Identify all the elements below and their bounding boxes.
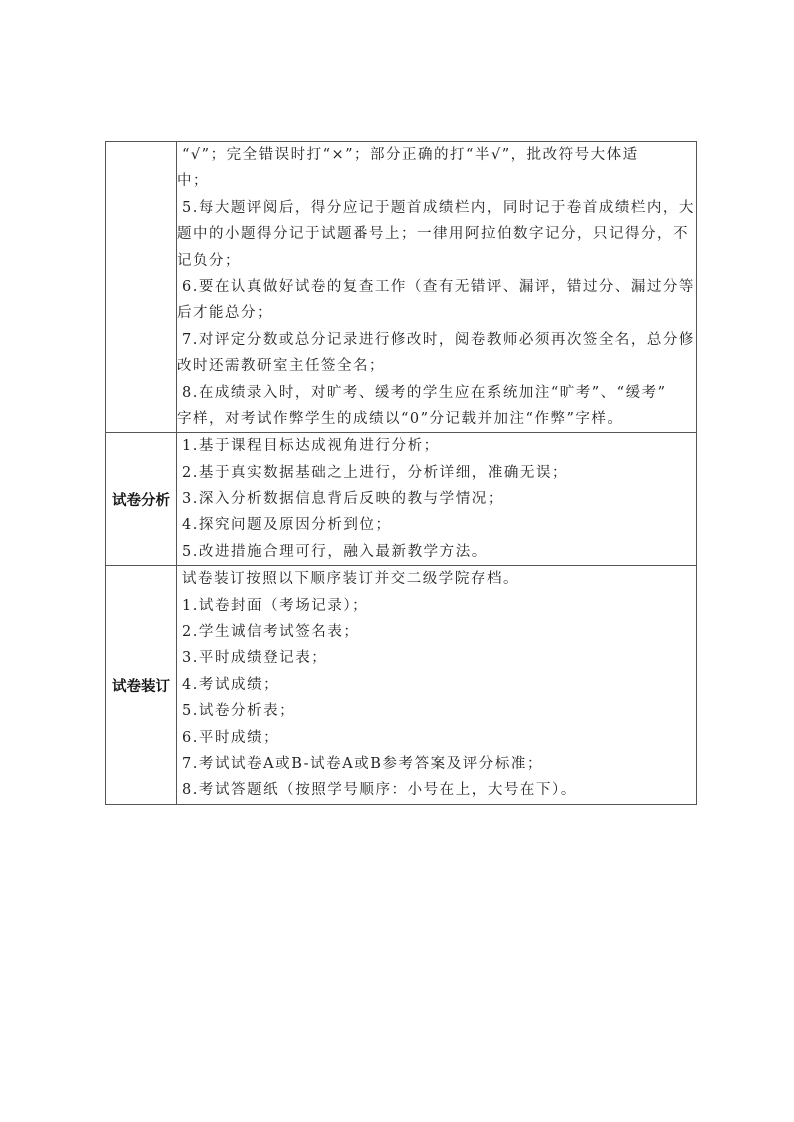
row-content: 1.基于课程目标达成视角进行分析； 2.基于真实数据基础之上进行，分析详细，准确…: [177, 433, 697, 566]
content-line: 8.在成绩录入时，对旷考、缓考的学生应在系统加注“旷考”、“缓考”: [177, 380, 696, 406]
content-line: 3.深入分析数据信息背后反映的教与学情况；: [177, 486, 696, 512]
row-content: “√”；完全错误时打“×”；部分正确的打“半√”，批改符号大体适 中； 5.每大…: [177, 142, 697, 433]
table-row-paper-binding: 试卷装订 试卷装订按照以下顺序装订并交二级学院存档。 1.试卷封面（考场记录）；…: [106, 566, 697, 805]
content-line: “√”；完全错误时打“×”；部分正确的打“半√”，批改符号大体适: [177, 142, 696, 168]
content-line: 2.学生诚信考试签名表；: [177, 619, 696, 645]
exam-rules-table: “√”；完全错误时打“×”；部分正确的打“半√”，批改符号大体适 中； 5.每大…: [105, 141, 697, 805]
content-line: 试卷装订按照以下顺序装订并交二级学院存档。: [177, 566, 696, 592]
content-line: 7.考试试卷A或B-试卷A或B参考答案及评分标准；: [177, 751, 696, 777]
row-label: [106, 142, 177, 433]
row-label-paper-analysis: 试卷分析: [106, 433, 177, 566]
content-line: 5.每大题评阅后，得分应记于题首成绩栏内，同时记于卷首成绩栏内，大: [177, 195, 696, 221]
content-line: 1.试卷封面（考场记录）；: [177, 593, 696, 619]
content-line: 记负分；: [177, 248, 696, 274]
table-row-paper-analysis: 试卷分析 1.基于课程目标达成视角进行分析； 2.基于真实数据基础之上进行，分析…: [106, 433, 697, 566]
content-line: 2.基于真实数据基础之上进行，分析详细，准确无误；: [177, 460, 696, 486]
content-line: 4.探究问题及原因分析到位；: [177, 512, 696, 538]
content-line: 后才能总分；: [177, 300, 696, 326]
content-line: 5.试卷分析表；: [177, 698, 696, 724]
row-label-paper-binding: 试卷装订: [106, 566, 177, 805]
row-content: 试卷装订按照以下顺序装订并交二级学院存档。 1.试卷封面（考场记录）； 2.学生…: [177, 566, 697, 805]
content-line: 改时还需教研室主任签全名；: [177, 353, 696, 379]
document-page: “√”；完全错误时打“×”；部分正确的打“半√”，批改符号大体适 中； 5.每大…: [0, 0, 794, 1122]
content-line: 1.基于课程目标达成视角进行分析；: [177, 433, 696, 459]
content-line: 6.要在认真做好试卷的复查工作（查有无错评、漏评，错过分、漏过分等）: [177, 274, 696, 300]
content-line: 4.考试成绩；: [177, 672, 696, 698]
content-line: 字样，对考试作弊学生的成绩以“0”分记载并加注“作弊”字样。: [177, 406, 696, 432]
content-line: 3.平时成绩登记表；: [177, 645, 696, 671]
table-row-grading-rules: “√”；完全错误时打“×”；部分正确的打“半√”，批改符号大体适 中； 5.每大…: [106, 142, 697, 433]
content-line: 7.对评定分数或总分记录进行修改时，阅卷教师必须再次签全名，总分修: [177, 327, 696, 353]
content-line: 8.考试答题纸（按照学号顺序：小号在上，大号在下）。: [177, 777, 696, 803]
content-line: 5.改进措施合理可行，融入最新教学方法。: [177, 539, 696, 565]
content-line: 6.平时成绩；: [177, 725, 696, 751]
content-line: 题中的小题得分记于试题番号上；一律用阿拉伯数字记分，只记得分，不: [177, 221, 696, 247]
content-line: 中；: [177, 168, 696, 194]
